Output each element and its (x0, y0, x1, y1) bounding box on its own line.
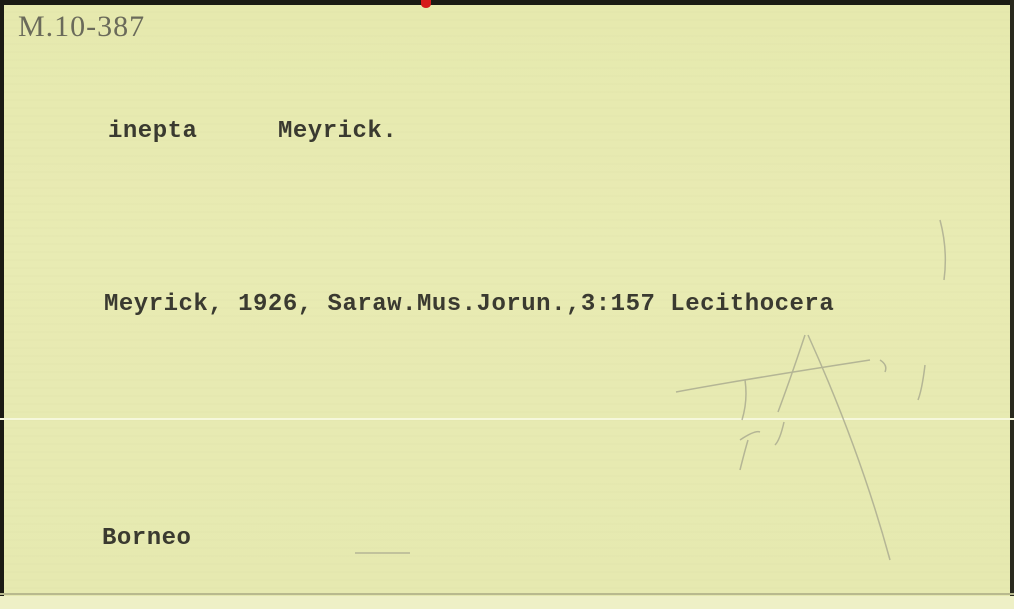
citation-line: Meyrick, 1926, Saraw.Mus.Jorun.,3:157 Le… (104, 291, 834, 318)
locality: Borneo (102, 525, 191, 552)
red-tab-marker (421, 0, 431, 8)
catalog-number: M.10-387 (18, 10, 145, 44)
scan-line-artifact (0, 418, 1014, 420)
bottom-rule-line (0, 593, 1014, 595)
species-name: inepta (108, 118, 197, 145)
bottom-strip (0, 596, 1014, 609)
species-author: Meyrick. (278, 118, 397, 145)
card-edge-shadow (1010, 0, 1014, 609)
